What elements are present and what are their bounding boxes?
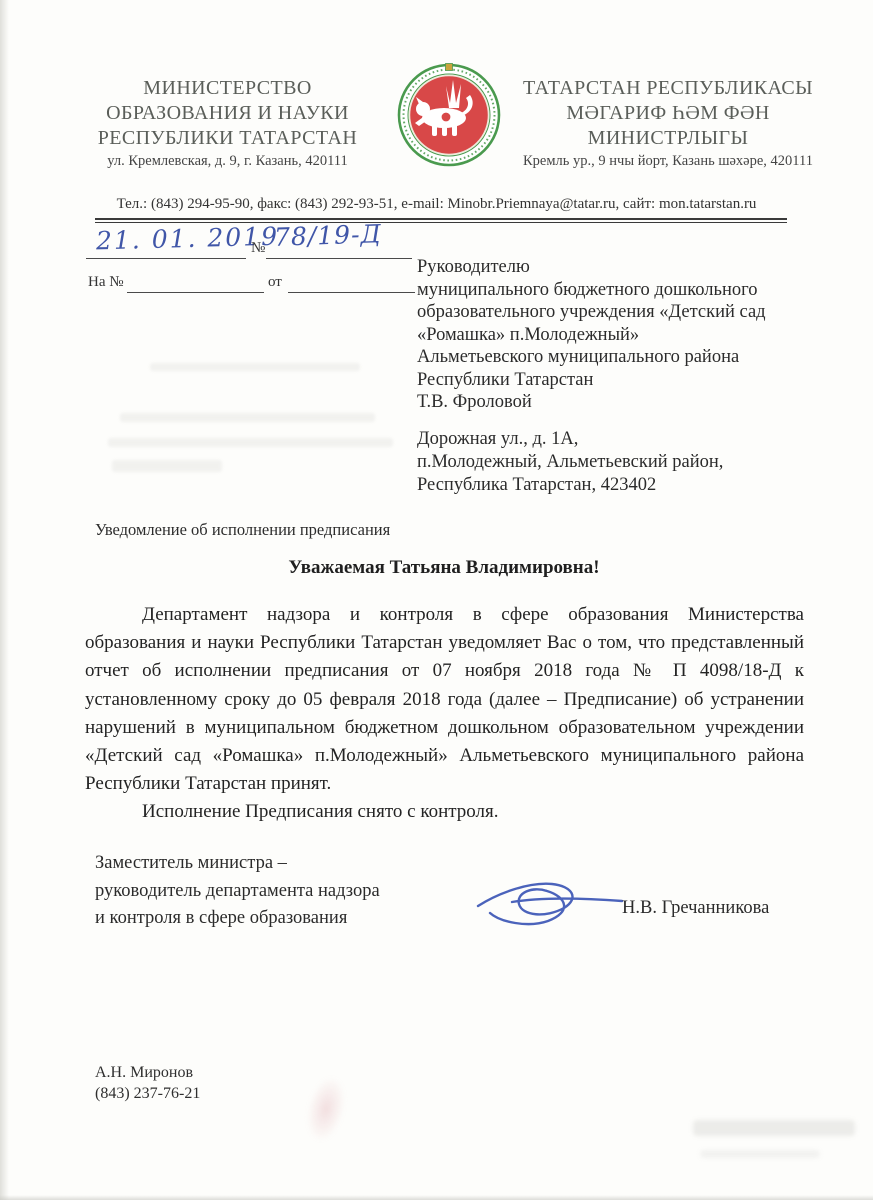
number-underline: [266, 258, 412, 259]
signer-name: Н.В. Гречанникова: [622, 898, 769, 919]
scanned-letter-page: МИНИСТЕРСТВО ОБРАЗОВАНИЯ И НАУКИ РЕСПУБЛ…: [0, 0, 873, 1200]
number-sign-label: №: [251, 240, 265, 257]
faint-watermark-smudge: [700, 1150, 820, 1158]
recipient-address-block: Дорожная ул., д. 1А, п.Молодежный, Альме…: [417, 428, 827, 497]
handwritten-signature-ink: [472, 864, 627, 938]
recipient-address-line: п.Молодежный, Альметьевский район,: [417, 451, 827, 474]
emblem-crest-mark: [446, 64, 453, 71]
pink-ink-smudge: [301, 1073, 352, 1146]
recipient-line: Т.В. Фроловой: [417, 391, 827, 414]
reply-to-number-label: На №: [88, 274, 124, 291]
recipient-line: «Ромашка» п.Молодежный»: [417, 324, 827, 347]
signer-position-line: Заместитель министра –: [95, 850, 380, 878]
ministry-title-tt-line3: МИНИСТРЛЫГЫ: [478, 126, 858, 151]
signer-position-line: руководитель департамента надзора: [95, 878, 380, 906]
recipient-block: Руководителю муниципального бюджетного д…: [417, 256, 827, 414]
bleed-through-artifact: [120, 413, 375, 422]
reply-from-label: от: [268, 274, 282, 291]
reply-number-underline: [127, 292, 264, 293]
letterhead-divider: [95, 218, 787, 223]
scan-edge-left: [0, 0, 9, 1200]
letter-subject: Уведомление об исполнении предписания: [95, 520, 390, 540]
faint-watermark-smudge: [693, 1120, 855, 1136]
ministry-address-ru: ул. Кремлевская, д. 9, г. Казань, 420111: [55, 153, 400, 170]
executor-phone: (843) 237-76-21: [95, 1083, 200, 1104]
salutation: Уважаемая Татьяна Владимировна!: [85, 557, 803, 579]
ministry-title-tt-line2: МӘГАРИФ ҺӘМ ФӘН: [478, 101, 858, 126]
handwritten-outgoing-number: 78/19-Д: [274, 219, 383, 252]
bleed-through-artifact: [150, 363, 360, 371]
signer-position-line: и контроля в сфере образования: [95, 905, 380, 933]
ministry-title-ru-line2: ОБРАЗОВАНИЯ И НАУКИ: [55, 101, 400, 126]
ministry-title-ru-line1: МИНИСТЕРСТВО: [55, 76, 400, 101]
recipient-line: Альметьевского муниципального района: [417, 346, 827, 369]
executor-block: А.Н. Миронов (843) 237-76-21: [95, 1062, 200, 1104]
bleed-through-artifact: [108, 438, 393, 447]
recipient-line: образовательного учреждения «Детский сад: [417, 301, 827, 324]
body-paragraph-1: Департамент надзора и контроля в сфере о…: [85, 601, 804, 798]
ministry-title-tt: ТАТАРСТАН РЕСПУБЛИКАСЫ МӘГАРИФ ҺӘМ ФӘН М…: [478, 76, 858, 151]
leopard-side-shield: [441, 112, 451, 122]
contact-line: Тел.: (843) 294-95-90, факс: (843) 292-9…: [60, 196, 813, 213]
recipient-line: Руководителю: [417, 256, 827, 279]
recipient-address-line: Дорожная ул., д. 1А,: [417, 428, 827, 451]
date-underline: [86, 258, 246, 259]
reply-date-underline: [288, 292, 415, 293]
body-paragraph-2: Исполнение Предписания снято с контроля.: [85, 798, 804, 826]
ministry-address-tt: Кремль ур., 9 нчы йорт, Казань шәхәре, 4…: [478, 153, 858, 170]
recipient-line: Республики Татарстан: [417, 369, 827, 392]
signer-position-block: Заместитель министра – руководитель депа…: [95, 850, 380, 933]
letter-body: Департамент надзора и контроля в сфере о…: [85, 601, 804, 827]
recipient-address-line: Республика Татарстан, 423402: [417, 474, 827, 497]
ministry-title-tt-line1: ТАТАРСТАН РЕСПУБЛИКАСЫ: [478, 76, 858, 101]
ministry-title-ru-line3: РЕСПУБЛИКИ ТАТАРСТАН: [55, 126, 400, 151]
executor-name: А.Н. Миронов: [95, 1062, 200, 1083]
recipient-line: муниципального бюджетного дошкольного: [417, 279, 827, 302]
ministry-title-ru: МИНИСТЕРСТВО ОБРАЗОВАНИЯ И НАУКИ РЕСПУБЛ…: [55, 76, 400, 151]
scan-edge-bottom: [0, 1195, 873, 1200]
bleed-through-artifact: [112, 460, 222, 472]
